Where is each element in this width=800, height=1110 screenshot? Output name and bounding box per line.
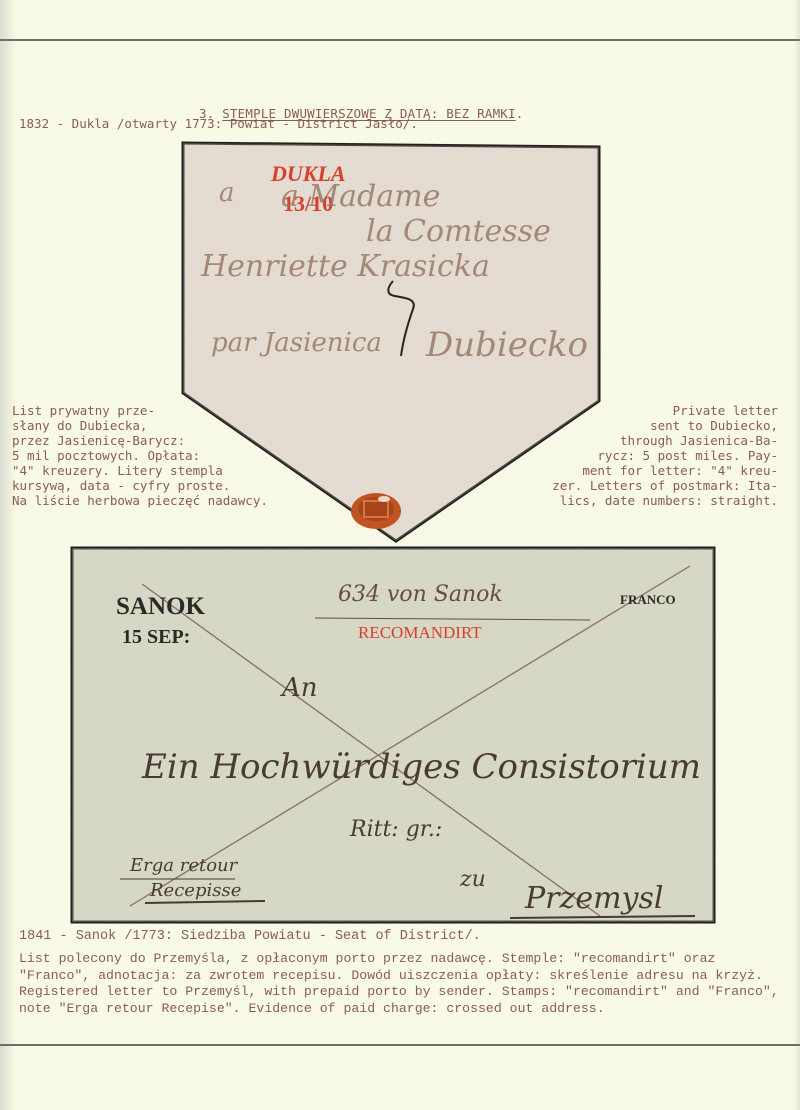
top-rule — [0, 39, 800, 41]
title-polish-end: . — [516, 106, 524, 121]
exhibit-2-description-en: Registered letter to Przemyśl, with prep… — [19, 984, 789, 1017]
svg-text:la Comtesse: la Comtesse — [366, 214, 551, 249]
svg-text:634 von Sanok: 634 von Sanok — [338, 582, 503, 607]
exhibit-2-description-pl: List polecony do Przemyśla, z opłaconym … — [19, 951, 789, 984]
sanok-postmark-line2: 15 SEP: — [122, 626, 190, 648]
svg-text:par Jasienica: par Jasienica — [211, 328, 382, 358]
svg-text:Dubiecko: Dubiecko — [425, 325, 588, 365]
exhibit-1-caption: 1832 - Dukla /otwarty 1773: Powiat - Dis… — [19, 116, 418, 131]
sanok-postmark-line1: SANOK — [116, 593, 205, 620]
scan-right-edge — [794, 0, 800, 1110]
svg-text:Ein Hochwürdiges Consistorium: Ein Hochwürdiges Consistorium — [141, 747, 701, 787]
exhibit-2-description: List polecony do Przemyśla, z opłaconym … — [19, 951, 789, 1017]
svg-text:zu: zu — [459, 867, 486, 892]
svg-text:An: An — [280, 673, 318, 703]
bottom-rule — [0, 1044, 800, 1046]
exhibit-1-description-en: Private letter sent to Dubiecko, through… — [552, 403, 778, 508]
svg-text:Recepisse: Recepisse — [149, 880, 241, 901]
sanok-cover-image: SANOK 15 SEP: FRANCO RECOMANDIRT 634 von… — [70, 546, 716, 924]
exhibit-1-description-pl: List prywatny prze- słany do Dubiecka, p… — [12, 403, 268, 508]
recomandirt-stamp: RECOMANDIRT — [358, 623, 482, 642]
svg-text:a Madame: a Madame — [281, 179, 440, 214]
franco-stamp: FRANCO — [620, 592, 676, 607]
exhibit-2-caption: 1841 - Sanok /1773: Siedziba Powiatu - S… — [19, 929, 481, 944]
svg-text:Przemysl: Przemysl — [524, 881, 663, 916]
svg-text:a: a — [219, 178, 235, 208]
scan-left-edge — [0, 0, 16, 1110]
svg-text:Erga retour: Erga retour — [129, 855, 239, 876]
svg-text:Ritt: gr.:: Ritt: gr.: — [349, 817, 442, 842]
wax-seal-icon — [351, 493, 401, 529]
svg-text:Henriette Krasicka: Henriette Krasicka — [200, 249, 490, 284]
